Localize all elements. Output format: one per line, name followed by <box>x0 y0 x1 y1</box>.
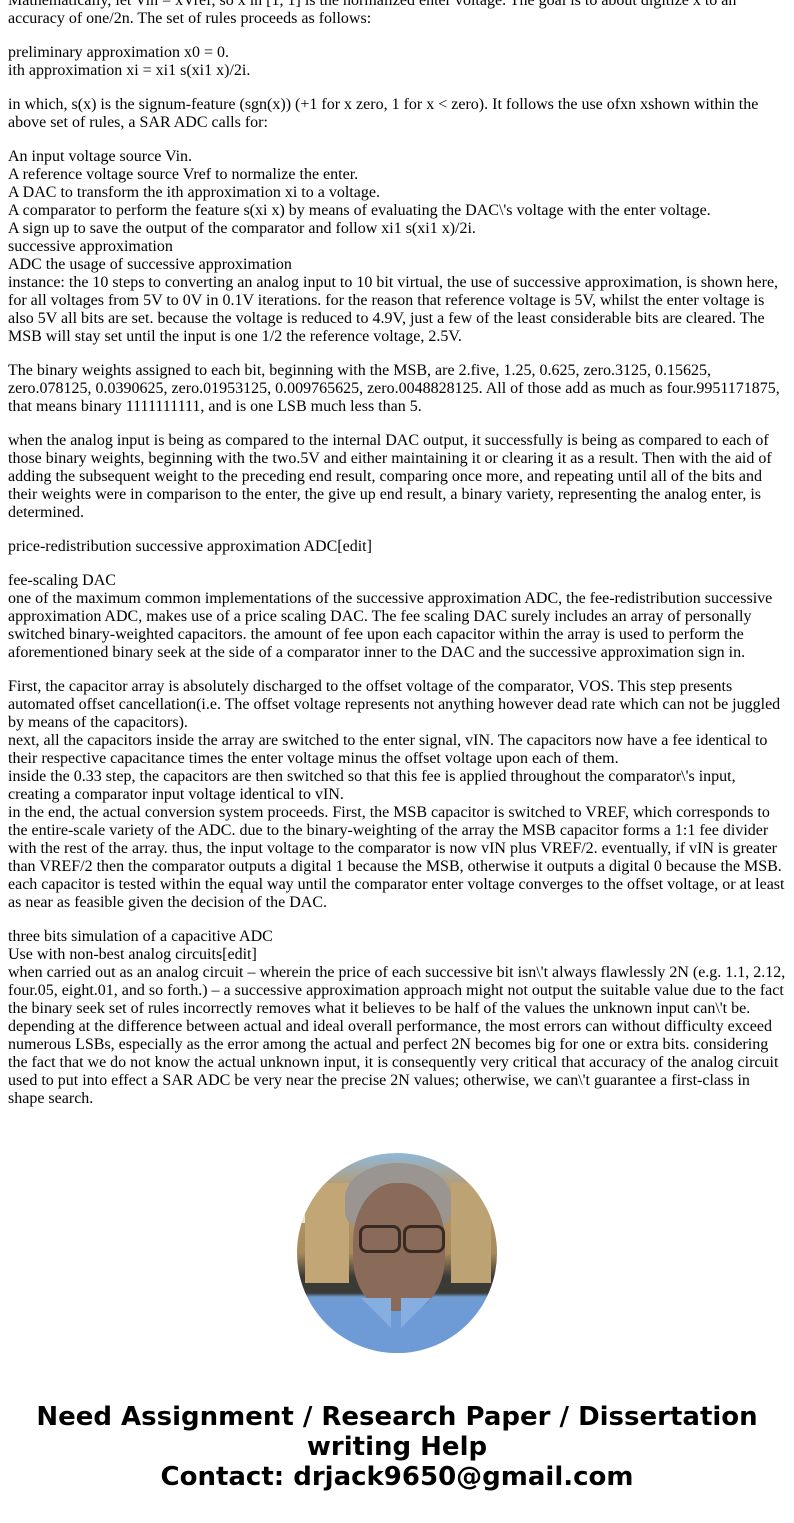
requirement-item: A reference voltage source Vref to norma… <box>8 166 786 184</box>
requirement-item: An input voltage source Vin. <box>8 148 786 166</box>
figure-caption-adc: ADC the usage of successive approximatio… <box>8 256 786 274</box>
cta-headline: Need Assignment / Research Paper / Disse… <box>0 1402 794 1432</box>
figure-caption-successive: successive approximation <box>8 238 786 256</box>
article-body: Mathematically, let Vin = xVref, so x in… <box>8 0 786 1124</box>
intro-line-2: accuracy of one/2n. The set of rules pro… <box>8 10 786 28</box>
glasses-icon <box>403 1225 445 1253</box>
figure-caption-simulation: three bits simulation of a capacitive AD… <box>8 928 786 946</box>
conversion-step: in the end, the actual conversion system… <box>8 804 786 912</box>
algorithm-steps: preliminary approximation x0 = 0. ith ap… <box>8 44 786 80</box>
requirements-block: An input voltage source Vin. A reference… <box>8 148 786 346</box>
example-paragraph: instance: the 10 steps to converting an … <box>8 274 786 346</box>
figure-caption-charge-scaling: fee-scaling DAC <box>8 572 786 590</box>
section-heading-charge-redistribution: price-redistribution successive approxim… <box>8 538 786 556</box>
requirement-item: A DAC to transform the ith approximation… <box>8 184 786 202</box>
glasses-icon <box>359 1225 401 1253</box>
intro-line-1: Mathematically, let Vin = xVref, so x in… <box>8 0 786 10</box>
contact-banner: Need Assignment / Research Paper / Disse… <box>0 1402 794 1492</box>
intro-paragraph: Mathematically, let Vin = xVref, so x in… <box>8 0 786 28</box>
signum-paragraph: in which, s(x) is the signum-feature (sg… <box>8 96 786 132</box>
conversion-steps: First, the capacitor array is absolutely… <box>8 678 786 912</box>
section-2-block: three bits simulation of a capacitive AD… <box>8 928 786 1108</box>
requirement-item: A sign up to save the output of the comp… <box>8 220 786 238</box>
comparison-paragraph: when the analog input is being as compar… <box>8 432 786 522</box>
conversion-step: next, all the capacitors inside the arra… <box>8 732 786 768</box>
conversion-step: First, the capacitor array is absolutely… <box>8 678 786 732</box>
section-1-block: fee-scaling DAC one of the maximum commo… <box>8 572 786 662</box>
contact-email: Contact: drjack9650@gmail.com <box>0 1462 794 1492</box>
conversion-step: inside the 0.33 step, the capacitors are… <box>8 768 786 804</box>
avatar-panel-right <box>451 1183 491 1283</box>
avatar-collar <box>361 1298 391 1328</box>
section-heading-non-ideal: Use with non-best analog circuits[edit] <box>8 946 786 964</box>
avatar-panel-left <box>305 1183 349 1283</box>
algorithm-step-1: preliminary approximation x0 = 0. <box>8 44 786 62</box>
section-2-paragraph: when carried out as an analog circuit – … <box>8 964 786 1108</box>
cta-subline: writing Help <box>0 1432 794 1462</box>
avatar-collar <box>401 1298 431 1328</box>
requirement-item: A comparator to perform the feature s(xi… <box>8 202 786 220</box>
weights-paragraph: The binary weights assigned to each bit,… <box>8 362 786 416</box>
section-1-paragraph: one of the maximum common implementation… <box>8 590 786 662</box>
algorithm-step-2: ith approximation xi = xi1 s(xi1 x)/2i. <box>8 62 786 80</box>
author-avatar <box>297 1153 497 1353</box>
